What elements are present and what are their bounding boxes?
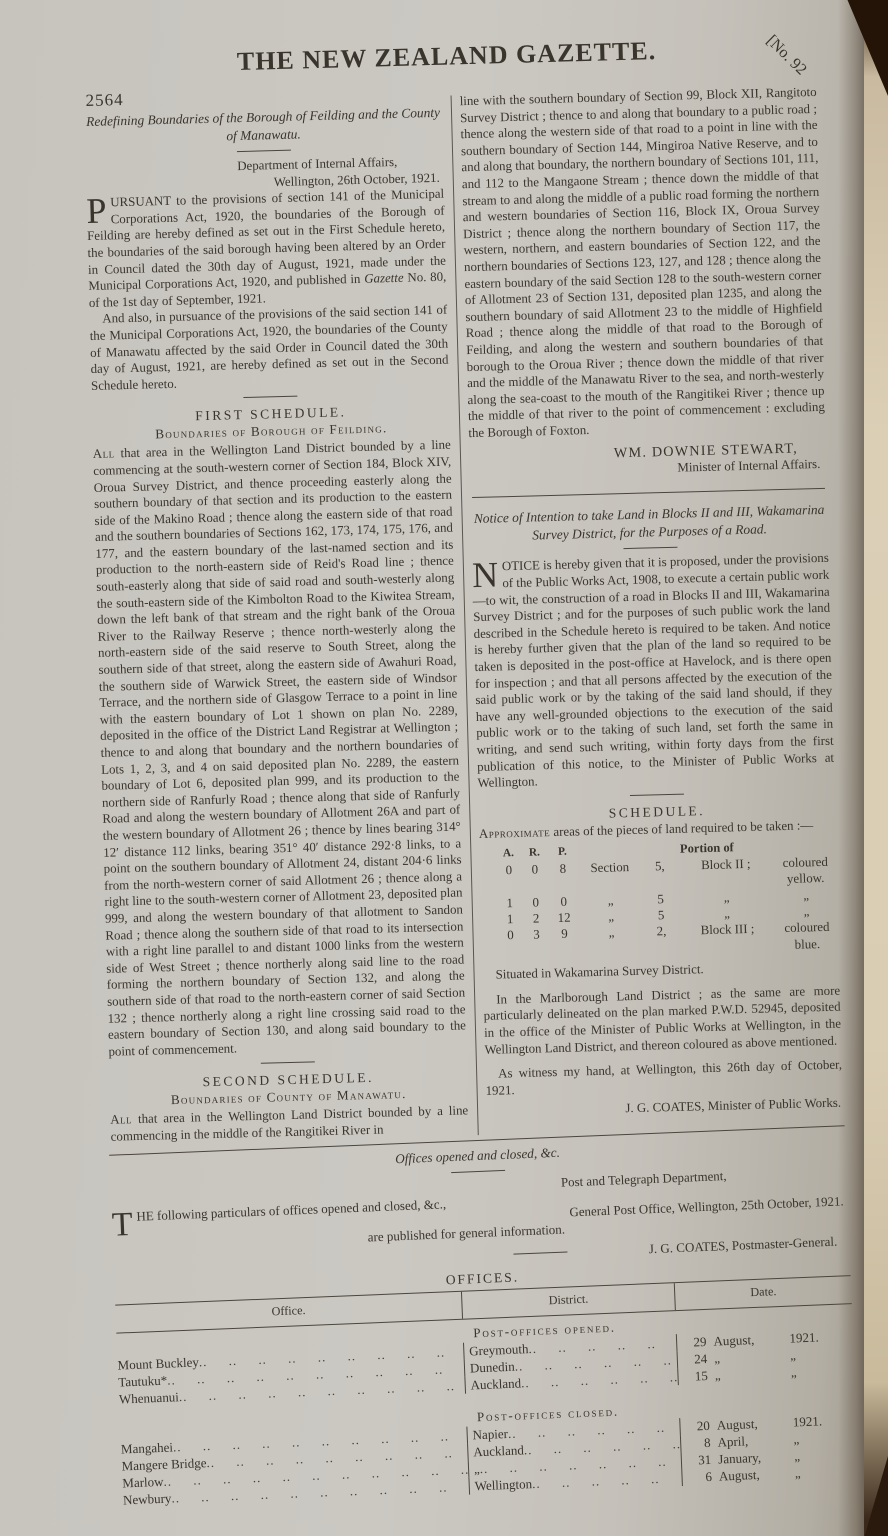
date-day: 24 <box>683 1350 708 1368</box>
cell-p: 8 <box>548 860 579 894</box>
cell-number: 5 <box>642 890 678 907</box>
cell-a: 1 <box>497 894 523 911</box>
cell-r: 2 <box>523 910 549 927</box>
date-day: 8 <box>686 1434 711 1452</box>
dropcap-letter: P <box>86 195 111 227</box>
second-schedule-continuation: line with the southern boundary of Secti… <box>460 84 826 442</box>
page-content: 2564 THE NEW ZEALAND GAZETTE. [No. 92 Re… <box>0 0 878 1511</box>
section-rule <box>623 547 677 549</box>
left-column: Redefining Boundaries of the Borough of … <box>84 94 469 1145</box>
district-name: Auckland <box>470 1375 521 1394</box>
scanned-gazette-page: 2564 THE NEW ZEALAND GAZETTE. [No. 92 Re… <box>0 0 888 1536</box>
cell-p: 12 <box>549 909 579 926</box>
cell-r: 0 <box>523 894 549 911</box>
section-rule <box>513 1252 567 1255</box>
cell-colour: coloured yellow. <box>774 853 838 887</box>
date-year: „ <box>794 1464 800 1481</box>
cell-a: 0 <box>497 927 524 960</box>
gazette-italic: Gazette <box>364 271 404 286</box>
section-rule <box>243 396 297 398</box>
paragraph-text: that area in the Wellington Land Distric… <box>111 1104 469 1144</box>
date-month: „ <box>708 1364 792 1384</box>
masthead-title: THE NEW ZEALAND GAZETTE. <box>75 0 817 81</box>
second-schedule-text: All that area in the Wellington Land Dis… <box>110 1103 469 1146</box>
date-day: 31 <box>687 1451 712 1469</box>
cell-a: 1 <box>497 911 523 928</box>
date-day: 6 <box>688 1468 713 1486</box>
two-column-layout: Redefining Boundaries of the Borough of … <box>84 84 845 1145</box>
paragraph-pursuant: PURSUANT to the provisions of section 14… <box>86 186 447 311</box>
situated-line: Situated in Wakamarina Survey District. <box>482 958 839 984</box>
cell-block: Block II ; <box>678 855 775 890</box>
cell-block: Block III ; <box>679 921 776 956</box>
cell-r: 0 <box>522 861 549 894</box>
cell-section: Section <box>578 859 643 893</box>
date-year: 1921. <box>789 1329 819 1347</box>
cell-number: 2, <box>643 923 680 957</box>
cell-number: 5 <box>643 907 679 924</box>
date-year: 1921. <box>792 1412 822 1430</box>
page-number: 2564 <box>85 90 124 111</box>
offices-section: Offices opened and closed, &c. Post and … <box>109 1126 859 1509</box>
date-year: „ <box>794 1447 800 1464</box>
article1-title: Redefining Boundaries of the Borough of … <box>84 104 443 148</box>
dropcap-letter: N <box>472 559 503 591</box>
district-name: Napier <box>472 1425 508 1443</box>
district-name: Wellington <box>474 1475 532 1494</box>
facing-page-edge <box>864 0 888 1536</box>
section-rule <box>237 150 291 152</box>
lead-word: All <box>110 1112 132 1127</box>
article2-title: Notice of Intention to take Land in Bloc… <box>470 501 828 545</box>
date-day: 15 <box>684 1367 709 1385</box>
section-rule <box>451 1170 505 1173</box>
section-rule <box>629 793 683 795</box>
lead-word: All <box>93 447 115 462</box>
paragraph-witness: As witness my hand, at Wellington, this … <box>485 1057 843 1100</box>
cell-colour: „ <box>774 886 837 904</box>
col-acres: A. <box>495 845 521 862</box>
cell-p: 0 <box>548 893 578 910</box>
lead-word: Approximate <box>479 825 551 841</box>
article-divider-rule <box>472 488 825 498</box>
signature-line: J. G. COATES, Minister of Public Works. <box>486 1096 843 1120</box>
paragraph-marlborough: In the Marlborough Land District ; as th… <box>483 982 842 1058</box>
date-year: „ <box>793 1430 799 1447</box>
paragraph-notice: NOTICE is hereby given that it is propos… <box>472 550 835 792</box>
date-day: 29 <box>682 1333 707 1351</box>
dropcap-letter: T <box>111 1209 137 1240</box>
cell-colour: coloured blue. <box>775 919 839 953</box>
office-name: Whenuanui <box>119 1388 180 1407</box>
date-month: August, <box>712 1465 796 1485</box>
col-roods: R. <box>521 845 547 862</box>
cell-section: „ <box>579 908 643 926</box>
paragraph-text: that area in the Wellington Land Distric… <box>93 438 466 1059</box>
section-rule <box>261 1062 315 1064</box>
date-day: 20 <box>686 1417 711 1435</box>
cell-r: 3 <box>523 927 550 960</box>
cell-colour: „ <box>775 903 838 921</box>
cell-a: 0 <box>496 862 523 895</box>
paragraph-text: OTICE is hereby given that it is propose… <box>473 551 835 790</box>
date-year: „ <box>790 1363 796 1380</box>
right-column: line with the southern boundary of Secti… <box>460 84 844 1135</box>
cell-p: 9 <box>549 926 580 960</box>
col-perches: P. <box>547 844 577 861</box>
first-schedule-text: All that area in the Wellington Land Dis… <box>93 437 467 1060</box>
offices-table: Office. District. Date. Post-offices ope… <box>115 1275 859 1508</box>
office-name: Newbury <box>123 1490 172 1509</box>
areas-table: A. R. P. Portion of 0 0 8 Section 5, Blo… <box>495 837 839 961</box>
cell-number: 5, <box>642 858 679 892</box>
cell-section: „ <box>578 891 642 909</box>
date-year: „ <box>790 1346 796 1363</box>
paragraph-and-also: And also, in pursuance of the provisions… <box>89 302 449 394</box>
cell-section: „ <box>579 924 644 958</box>
